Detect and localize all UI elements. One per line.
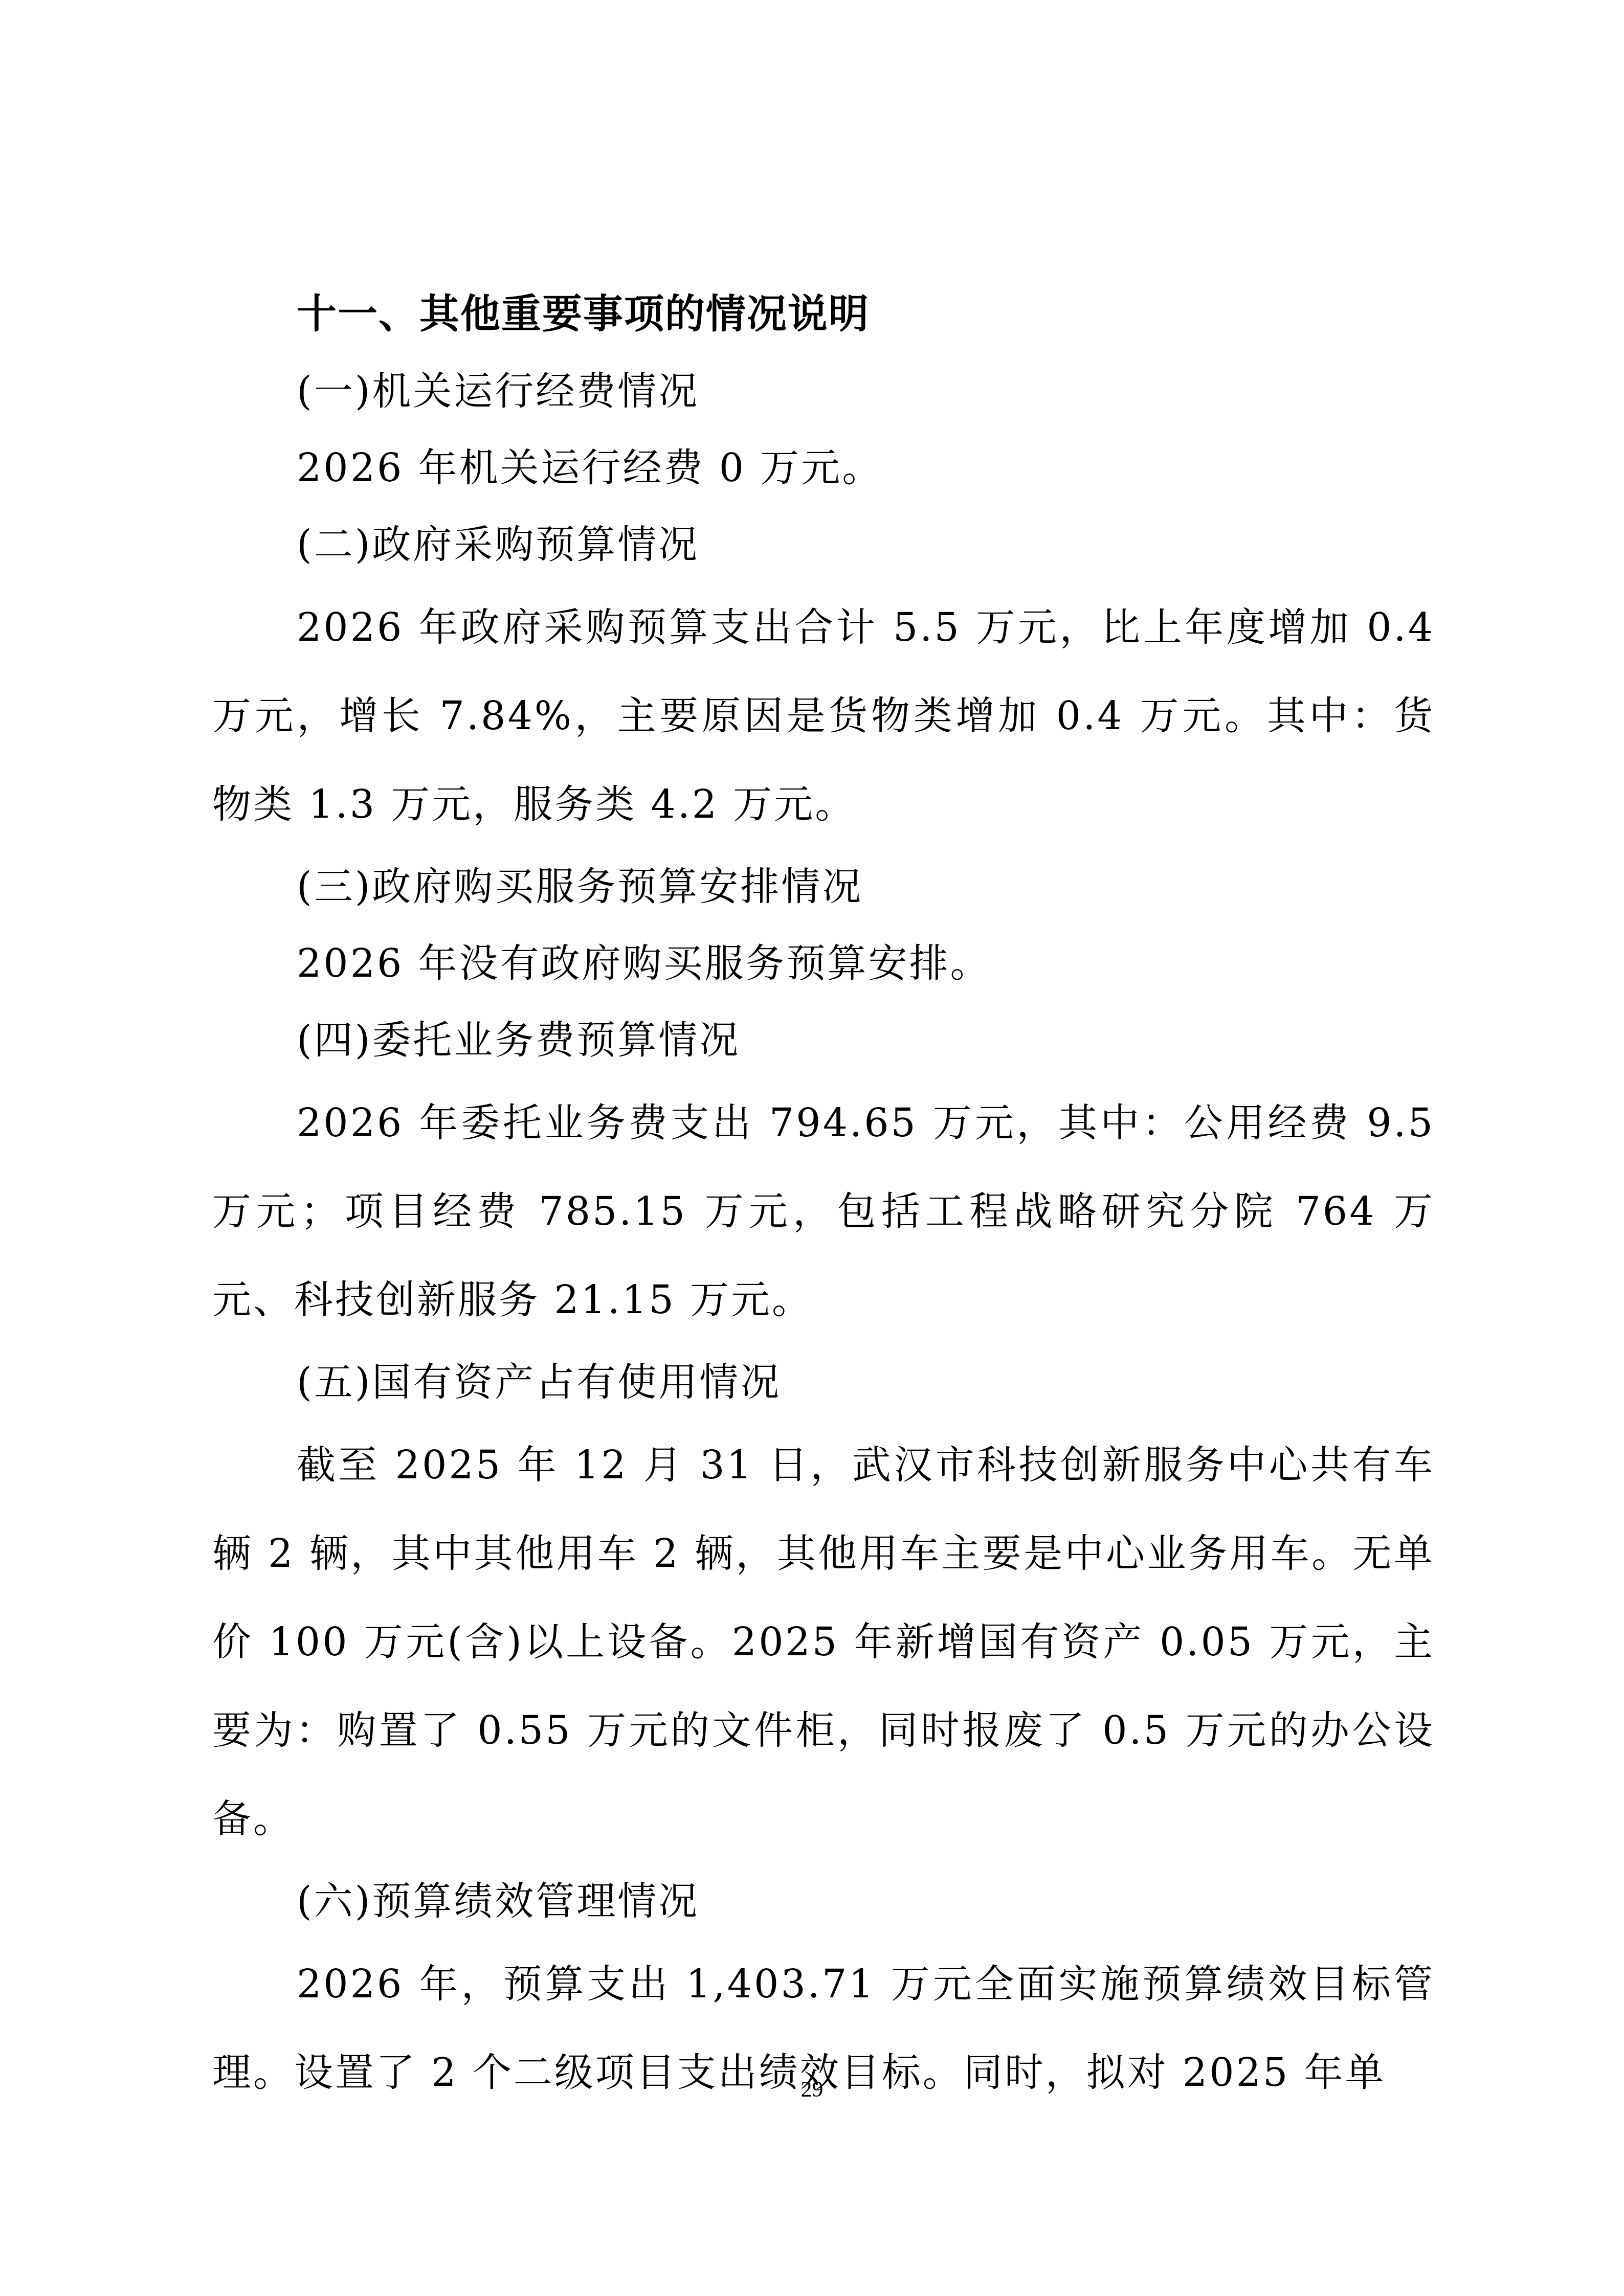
document-page: 十一、其他重要事项的情况说明 (一)机关运行经费情况 2026 年机关运行经费 … [0, 0, 1624, 2296]
subsection-heading-1: (一)机关运行经费情况 [212, 353, 1435, 430]
paragraph-procurement: 2026 年政府采购预算支出合计 5.5 万元，比上年度增加 0.4 万元，增长… [212, 583, 1435, 848]
paragraph-operating-expenses: 2026 年机关运行经费 0 万元。 [212, 430, 1435, 506]
subsection-heading-2: (二)政府采购预算情况 [212, 506, 1435, 583]
subsection-heading-3: (三)政府购买服务预算安排情况 [212, 848, 1435, 925]
page-content: 十一、其他重要事项的情况说明 (一)机关运行经费情况 2026 年机关运行经费 … [212, 276, 1435, 2117]
page-number: 29 [0, 2076, 1624, 2102]
paragraph-state-assets: 截至 2025 年 12 月 31 日，武汉市科技创新服务中心共有车辆 2 辆，… [212, 1421, 1435, 1863]
section-title: 十一、其他重要事项的情况说明 [212, 276, 1435, 353]
paragraph-commissioned-business: 2026 年委托业务费支出 794.65 万元，其中：公用经费 9.5 万元；项… [212, 1078, 1435, 1344]
paragraph-service-purchase: 2026 年没有政府购买服务预算安排。 [212, 925, 1435, 1002]
subsection-heading-5: (五)国有资产占有使用情况 [212, 1344, 1435, 1421]
subsection-heading-4: (四)委托业务费预算情况 [212, 1002, 1435, 1078]
subsection-heading-6: (六)预算绩效管理情况 [212, 1863, 1435, 1940]
